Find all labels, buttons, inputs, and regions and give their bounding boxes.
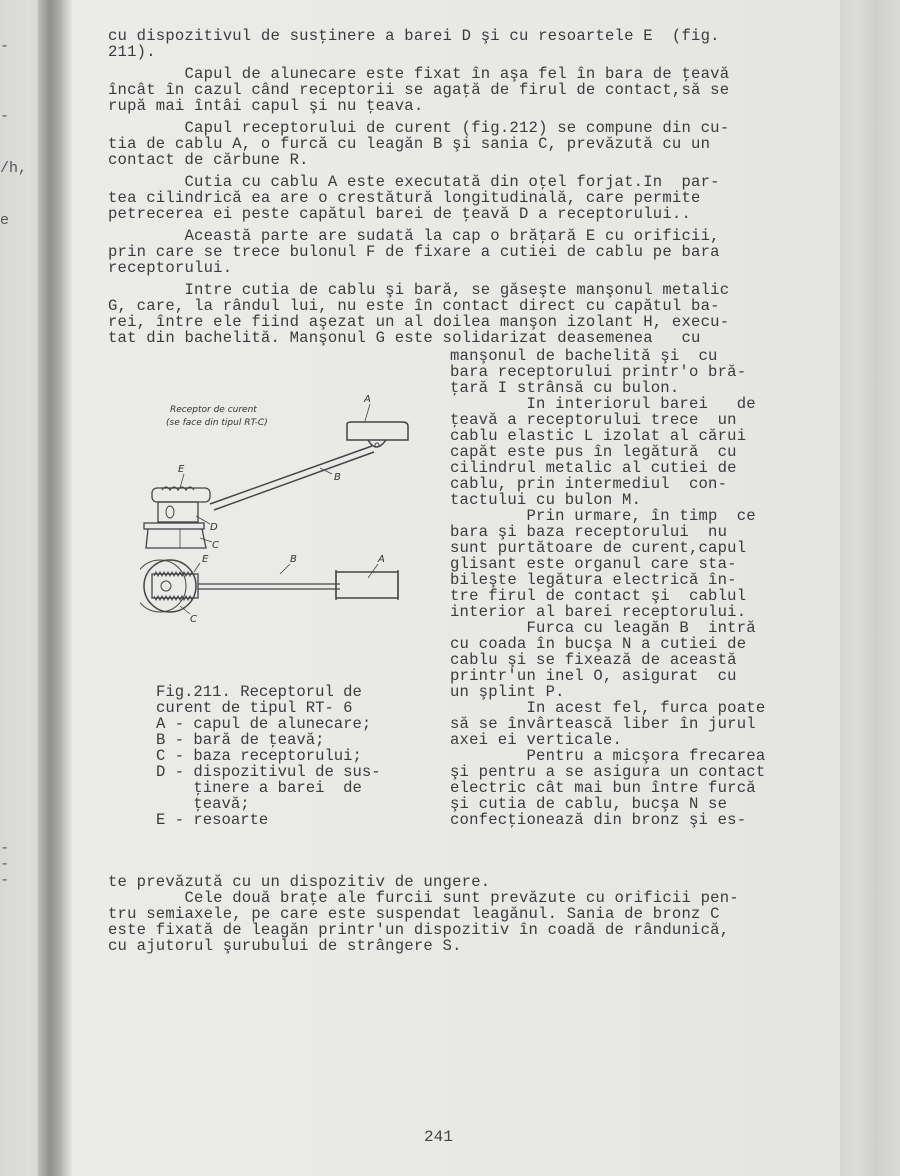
text-line: E - resoarte: [156, 812, 381, 828]
margin-mark: -: [0, 840, 9, 857]
text-line: un şplint P.: [450, 684, 765, 700]
text-line: rei, între ele fiind aşezat un al doilea…: [108, 314, 729, 330]
margin-mark: e: [0, 212, 9, 229]
text-line: şi pentru a se asigura un contact: [450, 764, 765, 780]
text-line: cu ajutorul şurubului de strângere S.: [108, 938, 739, 954]
margin-mark: -: [0, 872, 9, 889]
text-line: rupă mai întâi capul şi nu ţeava.: [108, 98, 729, 114]
text-line: tea cilindrică ea are o crestătură longi…: [108, 190, 729, 206]
text-line: tactului cu bulon M.: [450, 492, 765, 508]
text-line: printr'un inel O, asigurat cu: [450, 668, 765, 684]
figure-note-line2: (se face din tipul RT-C): [166, 418, 268, 428]
text-line: bara receptorului printr'o bră-: [450, 364, 765, 380]
text-line: cablu elastic L izolat al cărui: [450, 428, 765, 444]
text-line: petrecerea ei peste capătul barei de ţea…: [108, 206, 729, 222]
current-collector-illustration: Receptor de curent (se face din tipul RT…: [140, 388, 430, 628]
book-gutter: [38, 0, 72, 1176]
text-line: să se învârtească liber în jurul: [450, 716, 765, 732]
label-E-top: E: [178, 464, 185, 475]
text-line: şi cutia de cablu, bucşa N se: [450, 796, 765, 812]
margin-mark: -: [0, 38, 9, 55]
text-line: tru semiaxele, pe care este suspendat le…: [108, 906, 739, 922]
text-line: Furca cu leagăn B intră: [450, 620, 765, 636]
text-line: cablu, prin intermediul con-: [450, 476, 765, 492]
text-line: Cutia cu cablu A este executată din oţel…: [108, 174, 729, 190]
text-line: manşonul de bachelită şi cu: [450, 348, 765, 364]
label-C-bottom: C: [190, 614, 197, 625]
text-line: Această parte are sudată la cap o brăţar…: [108, 228, 729, 244]
text-line: cu coada în bucşa N a cutiei de: [450, 636, 765, 652]
label-B-top: B: [334, 472, 341, 483]
text-line: bara şi baza receptorului nu: [450, 524, 765, 540]
text-line: tia de cablu A, o furcă cu leagăn B şi s…: [108, 136, 729, 152]
text-line: In interiorul barei de: [450, 396, 765, 412]
margin-mark: -: [0, 108, 9, 125]
text-line: contact de cărbune R.: [108, 152, 729, 168]
label-E-bottom: E: [202, 554, 209, 565]
text-line: Capul receptorului de curent (fig.212) s…: [108, 120, 729, 136]
text-line: 211).: [108, 44, 729, 60]
label-A-top: A: [363, 394, 371, 405]
text-line: bileşte legătura electrică în-: [450, 572, 765, 588]
text-line: prin care se trece bulonul F de fixare a…: [108, 244, 729, 260]
text-line: ţeavă;: [156, 796, 381, 812]
text-line: cablu şi se fixează de această: [450, 652, 765, 668]
text-line: interior al barei receptorului.: [450, 604, 765, 620]
right-column-text: manşonul de bachelită şi cubara receptor…: [450, 348, 765, 828]
text-line: receptorului.: [108, 260, 729, 276]
text-line: Cele două braţe ale furcii sunt prevăzut…: [108, 890, 739, 906]
text-line: ţinere a barei de: [156, 780, 381, 796]
text-line: te prevăzută cu un dispozitiv de ungere.: [108, 874, 739, 890]
text-line: este fixată de leagăn printr'un dispozit…: [108, 922, 739, 938]
label-B-bottom: B: [290, 554, 297, 565]
label-D: D: [210, 522, 218, 533]
text-line: Capul de alunecare este fixat în aşa fel…: [108, 66, 729, 82]
main-text-top: cu dispozitivul de susţinere a barei D ş…: [108, 28, 729, 346]
text-line: A - capul de alunecare;: [156, 716, 381, 732]
figure-211-drawing: Receptor de curent (se face din tipul RT…: [140, 388, 430, 628]
page-number: 241: [424, 1128, 453, 1146]
label-C-top: C: [212, 540, 219, 551]
figure-211-caption: Fig.211. Receptorul decurent de tipul RT…: [156, 684, 381, 828]
text-line: Pentru a micşora frecarea: [450, 748, 765, 764]
text-line: Fig.211. Receptorul de: [156, 684, 381, 700]
page-stack-edge: [840, 0, 900, 1176]
text-line: sunt purtătoare de curent,capul: [450, 540, 765, 556]
text-line: curent de tipul RT- 6: [156, 700, 381, 716]
text-line: confecţionează din bronz şi es-: [450, 812, 765, 828]
main-text-bottom: te prevăzută cu un dispozitiv de ungere.…: [108, 874, 739, 954]
text-line: ţeavă a receptorului trece un: [450, 412, 765, 428]
text-line: capăt este pus în legătură cu: [450, 444, 765, 460]
text-line: C - baza receptorului;: [156, 748, 381, 764]
margin-mark: /h,: [0, 160, 27, 177]
text-line: electric cât mai bun între furcă: [450, 780, 765, 796]
text-line: cilindrul metalic al cutiei de: [450, 460, 765, 476]
label-A-bottom: A: [377, 554, 385, 565]
text-line: Prin urmare, în timp ce: [450, 508, 765, 524]
text-line: cu dispozitivul de susţinere a barei D ş…: [108, 28, 729, 44]
text-line: glisant este organul care sta-: [450, 556, 765, 572]
text-line: tre firul de contact şi cablul: [450, 588, 765, 604]
text-line: G, care, la rândul lui, nu este în conta…: [108, 298, 729, 314]
text-line: B - bară de ţeavă;: [156, 732, 381, 748]
text-line: ţară I strânsă cu bulon.: [450, 380, 765, 396]
facing-page-marks: - - /h, e - - -: [0, 0, 40, 1176]
text-line: In acest fel, furca poate: [450, 700, 765, 716]
text-line: tat din bachelită. Manşonul G este solid…: [108, 330, 729, 346]
text-line: axei ei verticale.: [450, 732, 765, 748]
text-line: D - dispozitivul de sus-: [156, 764, 381, 780]
margin-mark: -: [0, 856, 9, 873]
text-line: încât în cazul când receptorii se agaţă …: [108, 82, 729, 98]
figure-note-line1: Receptor de curent: [170, 405, 257, 415]
text-line: Intre cutia de cablu şi bară, se găseşte…: [108, 282, 729, 298]
